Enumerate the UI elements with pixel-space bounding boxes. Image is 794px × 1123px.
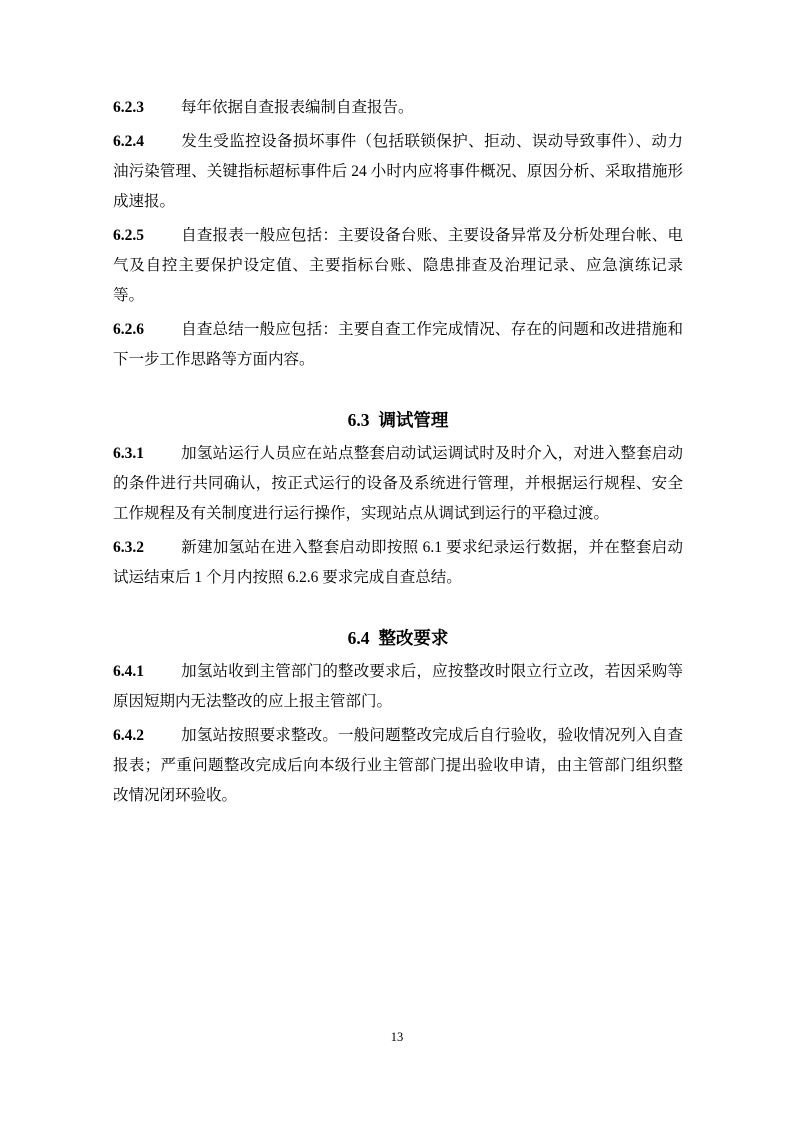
clause-number: 6.2.6 — [113, 315, 181, 345]
clause-text: 发生受监控设备损坏事件（包括联锁保护、拒动、误动导致事件）、动力油污染管理、关键… — [113, 133, 683, 210]
clause-text: 新建加氢站在进入整套启动即按照 6.1 要求纪录运行数据，并在整套启动试运结束后… — [113, 539, 683, 586]
heading-number: 6.4 — [348, 628, 370, 648]
clause-6-2-4: 6.2.4发生受监控设备损坏事件（包括联锁保护、拒动、误动导致事件）、动力油污染… — [113, 127, 683, 217]
clause-6-3-1: 6.3.1加氢站运行人员应在站点整套启动试运调试时及时介入，对进入整套启动的条件… — [113, 439, 683, 529]
section-heading-6-3: 6.3调试管理 — [113, 405, 683, 435]
document-page: 6.2.3每年依据自查报表编制自查报告。 6.2.4发生受监控设备损坏事件（包括… — [0, 0, 794, 1123]
clause-number: 6.2.4 — [113, 127, 181, 157]
clause-number: 6.4.2 — [113, 721, 181, 751]
clause-6-2-5: 6.2.5自查报表一般应包括：主要设备台账、主要设备异常及分析处理台帐、电气及自… — [113, 221, 683, 311]
heading-title: 整改要求 — [378, 628, 448, 648]
clause-text: 自查报表一般应包括：主要设备台账、主要设备异常及分析处理台帐、电气及自控主要保护… — [113, 227, 683, 304]
clause-text: 加氢站运行人员应在站点整套启动试运调试时及时介入，对进入整套启动的条件进行共同确… — [113, 445, 683, 522]
clause-number: 6.2.5 — [113, 221, 181, 251]
clause-6-2-3: 6.2.3每年依据自查报表编制自查报告。 — [113, 93, 683, 123]
section-heading-6-4: 6.4整改要求 — [113, 623, 683, 653]
clause-text: 加氢站按照要求整改。一般问题整改完成后自行验收，验收情况列入自查报表；严重问题整… — [113, 727, 683, 804]
clause-text: 加氢站收到主管部门的整改要求后，应按整改时限立行立改，若因采购等原因短期内无法整… — [113, 663, 683, 710]
clause-6-3-2: 6.3.2新建加氢站在进入整套启动即按照 6.1 要求纪录运行数据，并在整套启动… — [113, 533, 683, 593]
clause-6-4-1: 6.4.1加氢站收到主管部门的整改要求后，应按整改时限立行立改，若因采购等原因短… — [113, 657, 683, 717]
clause-number: 6.3.2 — [113, 533, 181, 563]
clause-text: 每年依据自查报表编制自查报告。 — [181, 99, 414, 116]
clause-6-2-6: 6.2.6自查总结一般应包括：主要自查工作完成情况、存在的问题和改进措施和下一步… — [113, 315, 683, 375]
page-number: 13 — [0, 1030, 794, 1045]
heading-number: 6.3 — [348, 410, 370, 430]
clause-number: 6.4.1 — [113, 657, 181, 687]
clause-number: 6.2.3 — [113, 93, 181, 123]
heading-title: 调试管理 — [378, 410, 448, 430]
clause-6-4-2: 6.4.2加氢站按照要求整改。一般问题整改完成后自行验收，验收情况列入自查报表；… — [113, 721, 683, 811]
clause-text: 自查总结一般应包括：主要自查工作完成情况、存在的问题和改进措施和下一步工作思路等… — [113, 321, 683, 368]
clause-number: 6.3.1 — [113, 439, 181, 469]
